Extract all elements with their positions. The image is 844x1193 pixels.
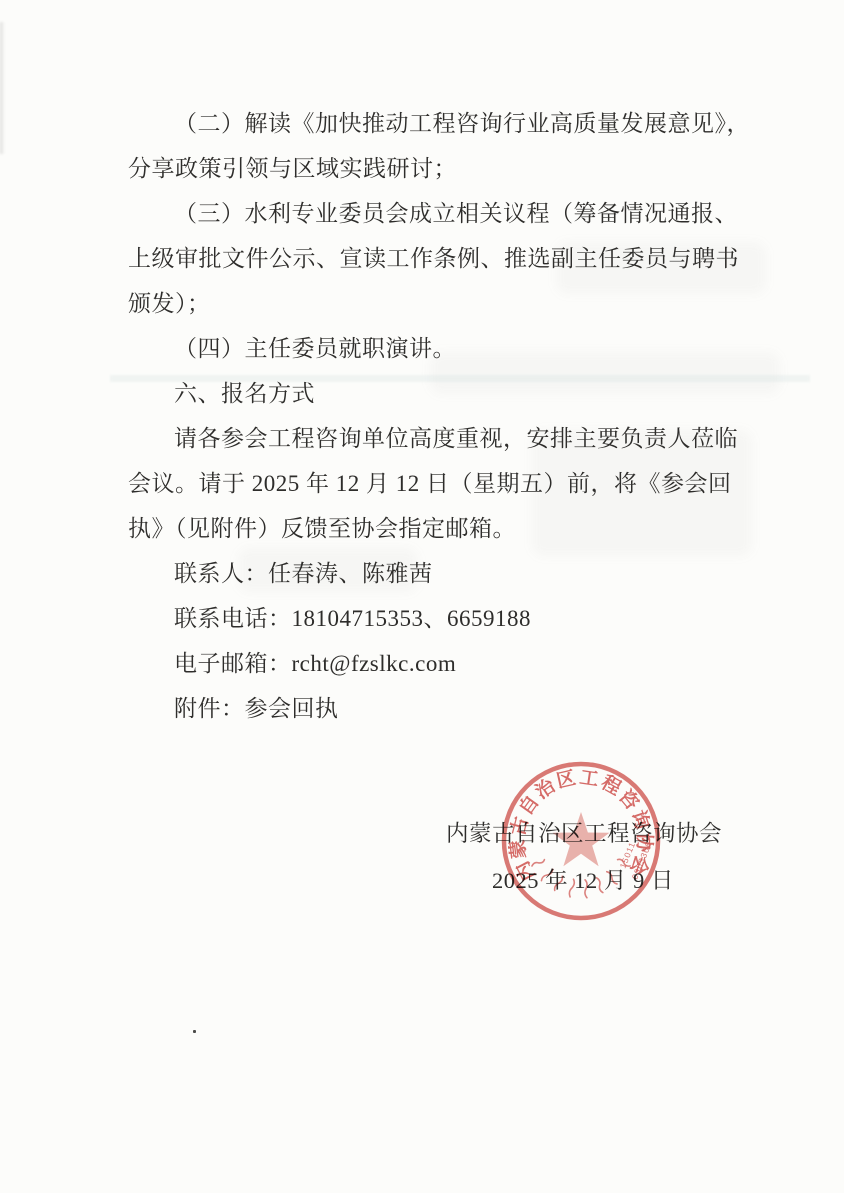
ink-speck — [193, 1030, 196, 1033]
document-body: （二）解读《加快推动工程咨询行业高质量发展意见》，分享政策引领与区域实践研讨；（… — [128, 101, 776, 731]
text-line: 执》（见附件）反馈至协会指定邮箱。 — [128, 506, 776, 551]
text-line: 请各参会工程咨询单位高度重视，安排主要负责人莅临 — [128, 416, 776, 461]
text-line: （二）解读《加快推动工程咨询行业高质量发展意见》， — [128, 101, 776, 146]
text-line: 电子邮箱：rcht@fzslkc.com — [128, 641, 776, 686]
text-line: 颁发）； — [128, 281, 776, 326]
text-line: 上级审批文件公示、宣读工作条例、推选副主任委员与聘书 — [128, 236, 776, 281]
scanned-document-page: （二）解读《加快推动工程咨询行业高质量发展意见》，分享政策引领与区域实践研讨；（… — [0, 0, 844, 1193]
text-line: （四）主任委员就职演讲。 — [128, 326, 776, 371]
text-line: 会议。请于 2025 年 12 月 12 日（星期五）前，将《参会回 — [128, 461, 776, 506]
scan-edge-shadow — [0, 22, 5, 154]
signature-date: 2025 年 12 月 9 日 — [492, 867, 674, 894]
text-line: 联系电话：18104715353、6659188 — [128, 596, 776, 641]
text-line: （三）水利专业委员会成立相关议程（筹备情况通报、 — [128, 191, 776, 236]
signature-organization: 内蒙古自治区工程咨询协会 — [446, 820, 722, 847]
text-line: 六、报名方式 — [128, 371, 776, 416]
text-line: 联系人：任春涛、陈雅茜 — [128, 551, 776, 596]
text-line: 附件：参会回执 — [128, 686, 776, 731]
text-line: 分享政策引领与区域实践研讨； — [128, 146, 776, 191]
